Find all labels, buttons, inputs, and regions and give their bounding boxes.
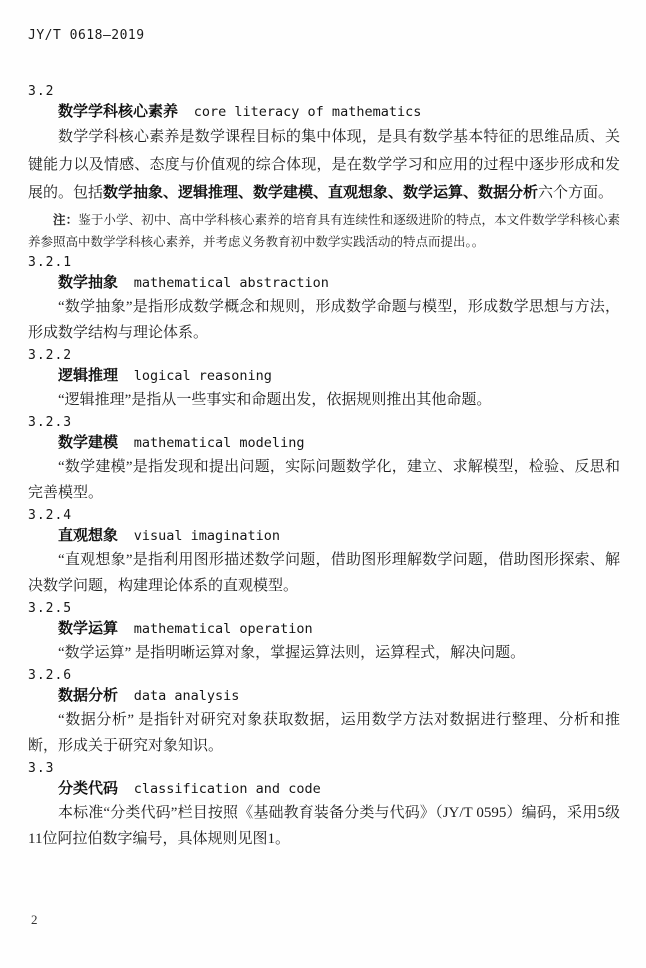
term-english: core literacy of mathematics bbox=[194, 104, 422, 120]
term-chinese: 数学学科核心素养 bbox=[58, 103, 178, 120]
term-heading: 逻辑推理 logical reasoning bbox=[28, 365, 620, 387]
term-chinese: 数学抽象 bbox=[58, 274, 118, 291]
term-chinese: 数学运算 bbox=[58, 620, 118, 637]
page-number: 2 bbox=[31, 912, 38, 928]
term-chinese: 逻辑推理 bbox=[58, 367, 118, 384]
definition-paragraph: “数学建模”是指发现和提出问题，实际问题数学化，建立、求解模型，检验、反思和完善… bbox=[28, 454, 620, 506]
definition-paragraph: “数学运算” 是指明晰运算对象，掌握运算法则，运算程式，解决问题。 bbox=[28, 640, 620, 666]
document-page: JY/T 0618—2019 3.2 数学学科核心素养 core literac… bbox=[0, 0, 646, 968]
note-label: 注： bbox=[53, 213, 78, 227]
section-number: 3.3 bbox=[28, 759, 620, 778]
term-section: 3.2.2 逻辑推理 logical reasoning “逻辑推理”是指从一些… bbox=[28, 346, 620, 413]
term-english: data analysis bbox=[134, 688, 240, 704]
term-chinese: 直观想象 bbox=[58, 527, 118, 544]
section-number: 3.2.5 bbox=[28, 599, 620, 618]
section-number: 3.2 bbox=[28, 82, 620, 101]
doc-code-header: JY/T 0618—2019 bbox=[28, 28, 620, 44]
term-english: mathematical abstraction bbox=[134, 275, 329, 291]
note-text: 鉴于小学、初中、高中学科核心素养的培育具有连续性和逐级进阶的特点，本文件数学学科… bbox=[28, 213, 620, 249]
section-number: 3.2.3 bbox=[28, 413, 620, 432]
term-heading: 数据分析 data analysis bbox=[28, 685, 620, 707]
term-section: 3.2.4 直观想象 visual imagination “直观想象”是指利用… bbox=[28, 506, 620, 599]
term-section: 3.3 分类代码 classification and code 本标准“分类代… bbox=[28, 759, 620, 852]
term-sections: 3.2.1 数学抽象 mathematical abstraction “数学抽… bbox=[28, 253, 620, 852]
term-heading: 数学运算 mathematical operation bbox=[28, 618, 620, 640]
term-section: 3.2.5 数学运算 mathematical operation “数学运算”… bbox=[28, 599, 620, 666]
core-literacy-terms-bold: 数学抽象、逻辑推理、数学建模、直观想象、数学运算、数据分析 bbox=[103, 184, 538, 201]
term-section: 3.2.6 数据分析 data analysis “数据分析” 是指针对研究对象… bbox=[28, 666, 620, 759]
definition-paragraph: “数据分析” 是指针对研究对象获取数据，运用数学方法对数据进行整理、分析和推断，… bbox=[28, 707, 620, 759]
section-number: 3.2.2 bbox=[28, 346, 620, 365]
section-core-literacy: 3.2 数学学科核心素养 core literacy of mathematic… bbox=[28, 82, 620, 253]
term-section: 3.2.1 数学抽象 mathematical abstraction “数学抽… bbox=[28, 253, 620, 346]
definition-paragraph: 本标准“分类代码”栏目按照《基础教育装备分类与代码》（JY/T 0595）编码，… bbox=[28, 800, 620, 852]
term-english: classification and code bbox=[134, 781, 321, 797]
document-content: 3.2 数学学科核心素养 core literacy of mathematic… bbox=[28, 82, 620, 852]
intro-text-after: 六个方面。 bbox=[538, 185, 613, 201]
section-number: 3.2.6 bbox=[28, 666, 620, 685]
term-heading: 数学抽象 mathematical abstraction bbox=[28, 272, 620, 294]
term-english: mathematical modeling bbox=[134, 435, 305, 451]
term-section: 3.2.3 数学建模 mathematical modeling “数学建模”是… bbox=[28, 413, 620, 506]
definition-paragraph: “直观想象”是指利用图形描述数学问题，借助图形理解数学问题，借助图形探索、解决数… bbox=[28, 547, 620, 599]
intro-paragraph: 数学学科核心素养是数学课程目标的集中体现，是具有数学基本特征的思维品质、关键能力… bbox=[28, 123, 620, 207]
note-paragraph: 注：鉴于小学、初中、高中学科核心素养的培育具有连续性和逐级进阶的特点，本文件数学… bbox=[28, 209, 620, 253]
section-number: 3.2.1 bbox=[28, 253, 620, 272]
term-english: visual imagination bbox=[134, 528, 280, 544]
term-heading: 直观想象 visual imagination bbox=[28, 525, 620, 547]
term-heading: 分类代码 classification and code bbox=[28, 778, 620, 800]
term-chinese: 数学建模 bbox=[58, 434, 118, 451]
term-heading: 数学学科核心素养 core literacy of mathematics bbox=[28, 101, 620, 123]
definition-paragraph: “逻辑推理”是指从一些事实和命题出发，依据规则推出其他命题。 bbox=[28, 387, 620, 413]
term-chinese: 数据分析 bbox=[58, 687, 118, 704]
definition-paragraph: “数学抽象”是指形成数学概念和规则，形成数学命题与模型，形成数学思想与方法，形成… bbox=[28, 294, 620, 346]
term-chinese: 分类代码 bbox=[58, 780, 118, 797]
term-heading: 数学建模 mathematical modeling bbox=[28, 432, 620, 454]
term-english: mathematical operation bbox=[134, 621, 313, 637]
term-english: logical reasoning bbox=[134, 368, 272, 384]
section-number: 3.2.4 bbox=[28, 506, 620, 525]
